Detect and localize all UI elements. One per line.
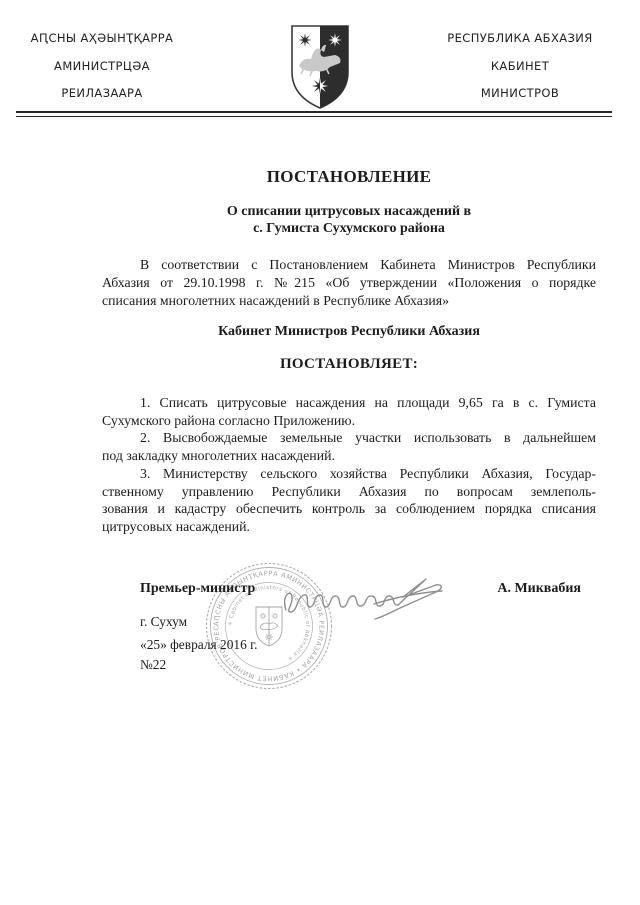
resolution-word: ПОСТАНОВЛЯЕТ: <box>102 356 596 373</box>
signature-date: «25» февраля 2016 г. <box>140 637 257 653</box>
text-line: 3. Министерству сельского хозяйства Респ… <box>102 465 596 483</box>
abkhazia-coat-of-arms-icon <box>290 24 350 115</box>
resolution-item: 2. Высвобождаемые земельные участки испо… <box>102 429 596 464</box>
letterhead-russian: РЕСПУБЛИКА АБХАЗИЯ КАБИНЕТ МИНИСТРОВ <box>436 25 604 108</box>
letterhead-divider <box>16 111 612 117</box>
text-line: Абхазия от 29.10.1998 г. №215 «Об утверж… <box>102 274 596 292</box>
document-title: ПОСТАНОВЛЕНИЕ <box>102 167 596 187</box>
document-subject-line2: с. Гумиста Сухумского района <box>102 220 596 237</box>
text-line: Сухумского района согласно Приложению. <box>102 412 596 430</box>
text-line: В соответствии с Постановлением Кабинета… <box>102 256 596 274</box>
letterhead-abkhaz: АԤСНЫ АҲӘЫНҬҚАРРА АМИНИСТРЦӘА РЕИЛАЗААРА <box>16 25 188 108</box>
text-line: ственному управлению Республики Абхазия … <box>102 483 596 501</box>
text-line: 1. Списать цитрусовые насаждения на площ… <box>102 394 596 412</box>
text-line: списания многолетних насаждений в Респуб… <box>102 292 596 310</box>
text-line: зования и кадастру обеспечить контроль з… <box>102 500 596 518</box>
authority-heading: Кабинет Министров Республики Абхазия <box>102 324 596 340</box>
preamble-paragraph: В соответствии с Постановлением Кабинета… <box>102 256 596 310</box>
letterhead-abkhaz-line2: АМИНИСТРЦӘА <box>16 53 188 81</box>
letterhead-russian-line2: КАБИНЕТ <box>436 53 604 81</box>
handwritten-signature <box>276 564 460 631</box>
document-number: №22 <box>140 657 166 673</box>
resolution-items: 1. Списать цитрусовые насаждения на площ… <box>102 394 596 536</box>
text-line: под закладку многолетних насаждений. <box>102 447 596 465</box>
letterhead-russian-line3: МИНИСТРОВ <box>436 80 604 108</box>
letterhead-russian-line1: РЕСПУБЛИКА АБХАЗИЯ <box>436 25 604 53</box>
resolution-item: 3. Министерству сельского хозяйства Респ… <box>102 465 596 536</box>
text-line: 2. Высвобождаемые земельные участки испо… <box>102 429 596 447</box>
signer-name: А. Миквабия <box>497 581 581 597</box>
document-subject-line1: О списании цитрусовых насаждений в <box>102 203 596 220</box>
resolution-item: 1. Списать цитрусовые насаждения на площ… <box>102 394 596 429</box>
letterhead-abkhaz-line1: АԤСНЫ АҲӘЫНҬҚАРРА <box>16 25 188 53</box>
document-subject: О списании цитрусовых насаждений в с. Гу… <box>102 203 596 238</box>
signer-position: Премьер-министр <box>140 581 255 597</box>
letterhead-abkhaz-line3: РЕИЛАЗААРА <box>16 80 188 108</box>
text-line: цитрусовых насаждений. <box>102 518 596 536</box>
signature-city: г. Сухум <box>140 614 187 630</box>
document-page: АԤСНЫ АҲӘЫНҬҚАРРА АМИНИСТРЦӘА РЕИЛАЗААРА… <box>0 0 640 905</box>
